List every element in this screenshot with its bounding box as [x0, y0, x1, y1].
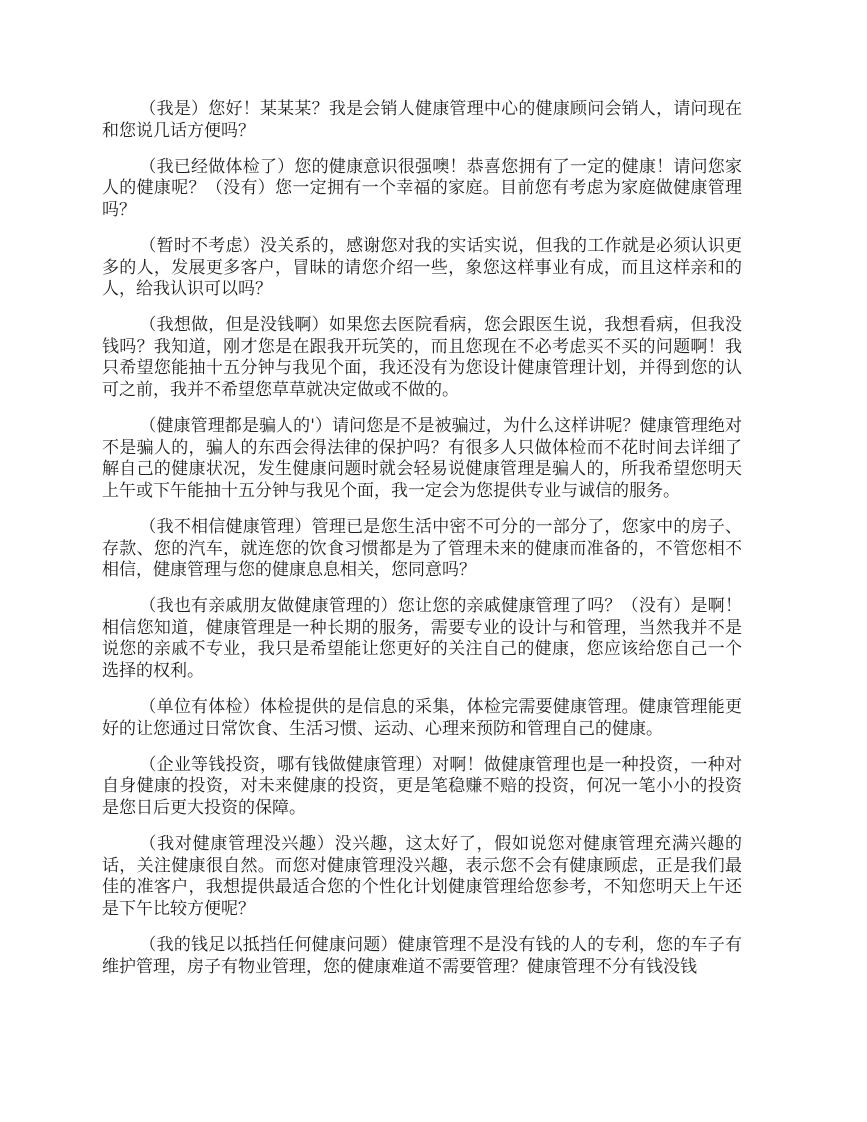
- paragraph: （我已经做体检了）您的健康意识很强噢！恭喜您拥有了一定的健康！请问您家人的健康呢…: [102, 157, 742, 222]
- paragraph: （暂时不考虑）没关系的，感谢您对我的实话实说，但我的工作就是必须认识更多的人，发…: [102, 236, 742, 301]
- paragraph: （单位有体检）体检提供的是信息的采集，体检完需要健康管理。健康管理能更好的让您通…: [102, 697, 742, 740]
- document-text-block: （我是）您好！某某某？我是会销人健康管理中心的健康顾问会销人，请问现在和您说几话…: [102, 99, 742, 978]
- paragraph: （企业等钱投资，哪有钱做健康管理）对啊！做健康管理也是一种投资，一种对自身健康的…: [102, 755, 742, 820]
- document-page: （我是）您好！某某某？我是会销人健康管理中心的健康顾问会销人，请问现在和您说几话…: [0, 0, 867, 1122]
- paragraph: （我的钱足以抵挡任何健康问题）健康管理不是没有钱的人的专利，您的车子有维护管理，…: [102, 935, 742, 978]
- paragraph: （健康管理都是骗人的'）请问您是不是被骗过，为什么这样讲呢？健康管理绝对不是骗人…: [102, 416, 742, 502]
- paragraph: （我不相信健康管理）管理已是您生活中密不可分的一部分了，您家中的房子、存款、您的…: [102, 517, 742, 582]
- paragraph: （我是）您好！某某某？我是会销人健康管理中心的健康顾问会销人，请问现在和您说几话…: [102, 99, 742, 142]
- paragraph: （我也有亲戚朋友做健康管理的）您让您的亲戚健康管理了吗？（没有）是啊！相信您知道…: [102, 596, 742, 682]
- paragraph: （我对健康管理没兴趣）没兴趣，这太好了，假如说您对健康管理充满兴趣的话，关注健康…: [102, 834, 742, 920]
- paragraph: （我想做，但是没钱啊）如果您去医院看病，您会跟医生说，我想看病，但我没钱吗？我知…: [102, 315, 742, 401]
